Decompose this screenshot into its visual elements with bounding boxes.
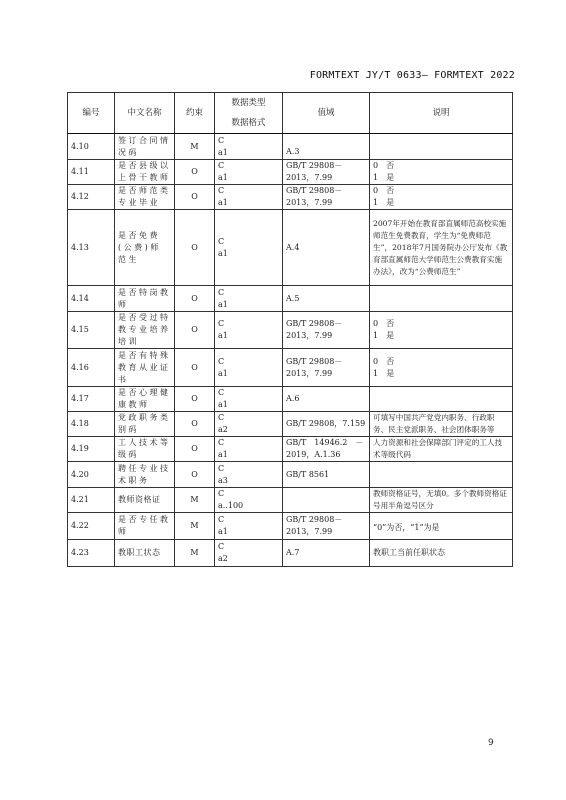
- cell-format: a1: [218, 197, 279, 209]
- cell-domain: A.5: [283, 286, 370, 312]
- table-row: 4.10 签订合同情况码 M Ca1 A.3: [68, 134, 513, 160]
- cell-domain: GB/T 29808，7.159: [283, 412, 370, 437]
- table-row: 4.17 是否心理健康教师 O Ca1 A.6: [68, 387, 513, 412]
- cell-name: 教职工状态: [115, 540, 175, 567]
- table-row: 4.13 是否免费(公费)师范生 O Ca1 A.4 2007年开始在教育部直属…: [68, 210, 513, 286]
- table-header-row: 编号 中文名称 约束 数据类型 数据格式 值域 说明: [68, 93, 513, 134]
- cell-constraint: O: [175, 286, 215, 312]
- cell-type-code: C: [218, 236, 279, 248]
- desc-line: 0 否: [373, 318, 509, 330]
- cell-name: 是否师范类专业毕业: [115, 185, 175, 210]
- data-element-table: 编号 中文名称 约束 数据类型 数据格式 值域 说明 4.10 签订合同情况码 …: [67, 92, 513, 567]
- cell-type-code: C: [218, 463, 279, 475]
- desc-line: 0 否: [373, 160, 509, 172]
- cell-type-code: C: [218, 541, 279, 553]
- cell-desc: “0”为否，“1”为是: [370, 513, 513, 540]
- cell-no: 4.21: [68, 488, 115, 513]
- table-row: 4.18 党政职务类别码 O Ca2 GB/T 29808，7.159 可填写中…: [68, 412, 513, 437]
- cell-domain: GB/T 29808－2013，7.99: [283, 160, 370, 185]
- cell-no: 4.19: [68, 437, 115, 462]
- cell-desc: 0 否1 是: [370, 160, 513, 185]
- cell-type: Ca1: [215, 286, 283, 312]
- col-header-constraint: 约束: [175, 93, 215, 134]
- cell-desc: [370, 462, 513, 488]
- cell-domain: A.4: [283, 210, 370, 286]
- cell-desc: 0 否1 是: [370, 185, 513, 210]
- cell-domain: GB/T 14946.2 －2019，A.1.36: [283, 437, 370, 462]
- cell-desc: 教职工当前任职状态: [370, 540, 513, 567]
- cell-constraint: O: [175, 210, 215, 286]
- cell-constraint: O: [175, 185, 215, 210]
- cell-no: 4.13: [68, 210, 115, 286]
- cell-type: Ca3: [215, 462, 283, 488]
- col-header-type: 数据类型 数据格式: [215, 93, 283, 134]
- cell-type-code: C: [218, 437, 279, 449]
- cell-type-code: C: [218, 514, 279, 526]
- cell-desc: [370, 387, 513, 412]
- cell-type-code: C: [218, 412, 279, 424]
- cell-domain: GB/T 8561: [283, 462, 370, 488]
- cell-name: 签订合同情况码: [115, 134, 175, 160]
- cell-desc: [370, 286, 513, 312]
- table-row: 4.21 教师资格证 M Ca..100 教师资格证号，无填0。多个教师资格证号…: [68, 488, 513, 513]
- cell-format: a1: [218, 299, 279, 311]
- cell-type-code: C: [218, 160, 279, 172]
- cell-name: 是否专任教师: [115, 513, 175, 540]
- table-row: 4.16 是否有特殊教育从业证书 O Ca1 GB/T 29808－2013，7…: [68, 349, 513, 387]
- cell-no: 4.15: [68, 312, 115, 349]
- cell-constraint: O: [175, 387, 215, 412]
- desc-line: 1 是: [373, 330, 509, 342]
- cell-domain: GB/T 29808－2013，7.99: [283, 513, 370, 540]
- cell-constraint: O: [175, 462, 215, 488]
- cell-desc: 2007年开始在教育部直属师范高校实施师范生免费教育，学生为“免费师范生”，20…: [370, 210, 513, 286]
- cell-name: 是否受过特教专业培养培训: [115, 312, 175, 349]
- cell-constraint: M: [175, 540, 215, 567]
- cell-constraint: O: [175, 437, 215, 462]
- table-row: 4.11 是否县级以上骨干教师 O Ca1 GB/T 29808－2013，7.…: [68, 160, 513, 185]
- cell-format: a1: [218, 399, 279, 411]
- cell-format: a..100: [218, 500, 279, 512]
- cell-domain: A.3: [283, 134, 370, 160]
- document-code-header: FORMTEXT JY/T 0633— FORMTEXT 2022: [310, 70, 515, 81]
- cell-type-code: C: [218, 356, 279, 368]
- cell-desc: 0 否1 是: [370, 349, 513, 387]
- cell-format: a1: [218, 147, 279, 159]
- cell-format: a1: [218, 248, 279, 260]
- col-header-name: 中文名称: [115, 93, 175, 134]
- cell-no: 4.23: [68, 540, 115, 567]
- cell-no: 4.10: [68, 134, 115, 160]
- cell-format: a3: [218, 475, 279, 487]
- table-row: 4.12 是否师范类专业毕业 O Ca1 GB/T 29808－2013，7.9…: [68, 185, 513, 210]
- cell-no: 4.16: [68, 349, 115, 387]
- cell-domain: A.6: [283, 387, 370, 412]
- cell-no: 4.11: [68, 160, 115, 185]
- cell-no: 4.14: [68, 286, 115, 312]
- cell-type: Ca1: [215, 160, 283, 185]
- col-header-domain: 值域: [283, 93, 370, 134]
- col-header-type-line2: 数据格式: [218, 113, 279, 133]
- cell-format: a2: [218, 424, 279, 436]
- cell-type: Ca1: [215, 437, 283, 462]
- col-header-desc: 说明: [370, 93, 513, 134]
- desc-line: 1 是: [373, 172, 509, 184]
- cell-type-code: C: [218, 135, 279, 147]
- desc-line: 0 否: [373, 185, 509, 197]
- table-row: 4.23 教职工状态 M Ca2 A.7 教职工当前任职状态: [68, 540, 513, 567]
- cell-constraint: M: [175, 134, 215, 160]
- cell-domain: GB/T 29808－2013，7.99: [283, 185, 370, 210]
- cell-type-code: C: [218, 318, 279, 330]
- cell-desc: 教师资格证号，无填0。多个教师资格证号用半角逗号区分: [370, 488, 513, 513]
- cell-type-code: C: [218, 387, 279, 399]
- cell-type: Ca1: [215, 513, 283, 540]
- table-row: 4.19 工人技术等级码 O Ca1 GB/T 14946.2 －2019，A.…: [68, 437, 513, 462]
- cell-name: 党政职务类别码: [115, 412, 175, 437]
- cell-type: Ca1: [215, 349, 283, 387]
- cell-name: 是否有特殊教育从业证书: [115, 349, 175, 387]
- cell-type: Ca2: [215, 412, 283, 437]
- cell-type: Ca1: [215, 185, 283, 210]
- cell-name: 是否心理健康教师: [115, 387, 175, 412]
- cell-no: 4.17: [68, 387, 115, 412]
- cell-type: Ca1: [215, 134, 283, 160]
- cell-type: Ca1: [215, 387, 283, 412]
- cell-type-code: C: [218, 287, 279, 299]
- cell-desc: 可填写中国共产党党内职务、行政职务、民主党派职务、社会团体职务等: [370, 412, 513, 437]
- cell-name: 是否县级以上骨干教师: [115, 160, 175, 185]
- cell-no: 4.12: [68, 185, 115, 210]
- table-row: 4.22 是否专任教师 M Ca1 GB/T 29808－2013，7.99 “…: [68, 513, 513, 540]
- cell-constraint: O: [175, 312, 215, 349]
- cell-domain: [283, 488, 370, 513]
- page-number: 9: [488, 738, 494, 748]
- cell-format: a1: [218, 330, 279, 342]
- cell-format: a1: [218, 368, 279, 380]
- cell-name: 教师资格证: [115, 488, 175, 513]
- col-header-no: 编号: [68, 93, 115, 134]
- cell-name: 聘任专业技术职务: [115, 462, 175, 488]
- cell-domain: GB/T 29808－2013，7.99: [283, 349, 370, 387]
- cell-constraint: M: [175, 513, 215, 540]
- table-row: 4.14 是否特岗教师 O Ca1 A.5: [68, 286, 513, 312]
- cell-format: a2: [218, 553, 279, 565]
- cell-type: Ca1: [215, 312, 283, 349]
- cell-no: 4.22: [68, 513, 115, 540]
- desc-line: 1 是: [373, 368, 509, 380]
- cell-type-code: C: [218, 488, 279, 500]
- cell-type: Ca1: [215, 210, 283, 286]
- cell-format: a1: [218, 526, 279, 538]
- cell-constraint: M: [175, 488, 215, 513]
- table-row: 4.15 是否受过特教专业培养培训 O Ca1 GB/T 29808－2013，…: [68, 312, 513, 349]
- cell-domain: A.7: [283, 540, 370, 567]
- cell-constraint: O: [175, 412, 215, 437]
- cell-no: 4.18: [68, 412, 115, 437]
- cell-name: 是否免费(公费)师范生: [115, 210, 175, 286]
- desc-line: 0 否: [373, 356, 509, 368]
- cell-type: Ca..100: [215, 488, 283, 513]
- cell-desc: 人力资源和社会保障部门评定的工人技术等级代码: [370, 437, 513, 462]
- cell-desc: [370, 134, 513, 160]
- cell-constraint: O: [175, 160, 215, 185]
- desc-line: 1 是: [373, 197, 509, 209]
- cell-constraint: O: [175, 349, 215, 387]
- cell-format: a1: [218, 172, 279, 184]
- cell-type-code: C: [218, 185, 279, 197]
- col-header-type-line1: 数据类型: [218, 93, 279, 113]
- cell-domain: GB/T 29808－2013，7.99: [283, 312, 370, 349]
- cell-desc: 0 否1 是: [370, 312, 513, 349]
- cell-type: Ca2: [215, 540, 283, 567]
- table-row: 4.20 聘任专业技术职务 O Ca3 GB/T 8561: [68, 462, 513, 488]
- cell-no: 4.20: [68, 462, 115, 488]
- cell-format: a1: [218, 449, 279, 461]
- cell-name: 是否特岗教师: [115, 286, 175, 312]
- cell-name: 工人技术等级码: [115, 437, 175, 462]
